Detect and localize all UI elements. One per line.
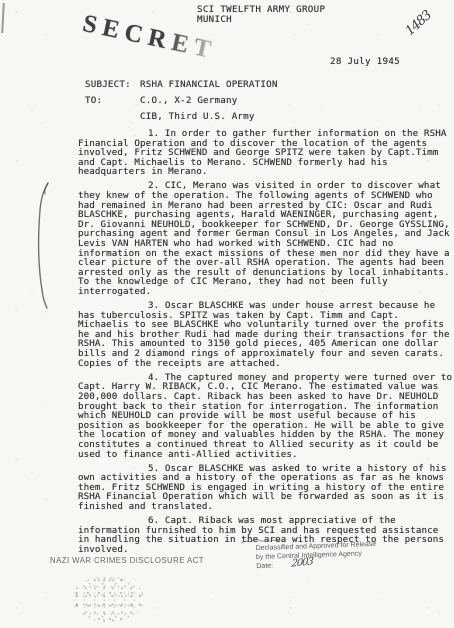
to-line1: C.O., X-2 Germany [140, 93, 237, 109]
subject-value: RSHA FINANCIAL OPERATION [140, 77, 278, 93]
to-label: TO: [85, 93, 140, 109]
document-page: SECRET SCI TWELFTH ARMY GROUP MUNICH 148… [0, 0, 454, 628]
pencil-smudge [72, 576, 144, 622]
subject-row: SUBJECT: RSHA FINANCIAL OPERATION [85, 77, 278, 93]
to-row-2: CIB, Third U.S. Army [85, 109, 278, 125]
letterhead-city-line: MUNICH [197, 15, 325, 25]
cia-declassification-stamp: Declassified and Approved for Release by… [256, 541, 378, 572]
scan-edge-mark [1, 3, 4, 33]
paragraph-5: 5. Oscar BLASCHKE was asked to write a h… [78, 464, 454, 512]
to-row: TO: C.O., X-2 Germany [85, 93, 278, 109]
memo-body: 1. In order to gather further informatio… [78, 129, 454, 559]
declassified-date-label: Date: [256, 563, 273, 572]
paragraph-4: 4. The captured money and property were … [78, 373, 454, 459]
document-date: 28 July 1945 [330, 56, 400, 67]
paragraph-2: 2. CIC, Merano was visited in order to d… [78, 181, 454, 296]
nazi-war-crimes-stamp: NAZI WAR CRIMES DISCLOSURE ACT [50, 556, 204, 565]
declassified-date-handwritten: 2003 [291, 559, 313, 570]
paragraph-3: 3. Oscar BLASCHKE was under house arrest… [78, 301, 454, 368]
to-label-spacer [85, 109, 140, 125]
address-block: SUBJECT: RSHA FINANCIAL OPERATION TO: C.… [85, 77, 278, 125]
to-line2: CIB, Third U.S. Army [140, 109, 255, 125]
subject-label: SUBJECT: [85, 77, 140, 93]
margin-pencil-bracket [34, 180, 52, 310]
handwritten-registry-mark: 1483 [403, 8, 435, 39]
paragraph-1: 1. In order to gather further informatio… [78, 129, 454, 177]
letterhead: SCI TWELFTH ARMY GROUP MUNICH [197, 5, 325, 25]
